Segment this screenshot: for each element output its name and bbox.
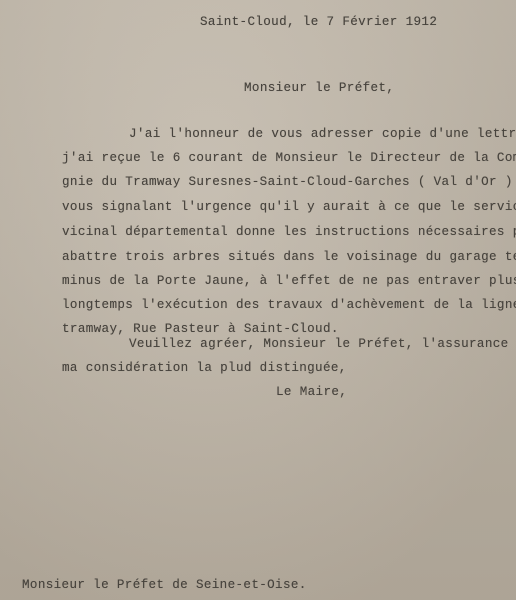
closing-line: Veuillez agréer, Monsieur le Préfet, l'a… xyxy=(129,337,516,351)
body-line: abattre trois arbres situés dans le vois… xyxy=(62,250,516,264)
closing-line: ma considération la plud distinguée, xyxy=(62,361,347,375)
recipient-address: Monsieur le Préfet de Seine-et-Oise. xyxy=(22,578,307,592)
body-line: vicinal départemental donne les instruct… xyxy=(62,225,516,239)
body-line: J'ai l'honneur de vous adresser copie d'… xyxy=(129,127,516,141)
body-line: tramway, Rue Pasteur à Saint-Cloud. xyxy=(62,322,339,336)
body-line: minus de la Porte Jaune, à l'effet de ne… xyxy=(62,274,516,288)
signature: Le Maire, xyxy=(276,385,347,399)
body-line: j'ai reçue le 6 courant de Monsieur le D… xyxy=(62,151,516,165)
body-line: vous signalant l'urgence qu'il y aurait … xyxy=(62,200,516,214)
place-date: Saint-Cloud, le 7 Février 1912 xyxy=(200,15,437,29)
salutation: Monsieur le Préfet, xyxy=(244,81,394,95)
body-line: longtemps l'exécution des travaux d'achè… xyxy=(62,298,516,312)
body-line: gnie du Tramway Suresnes-Saint-Cloud-Gar… xyxy=(62,175,516,189)
